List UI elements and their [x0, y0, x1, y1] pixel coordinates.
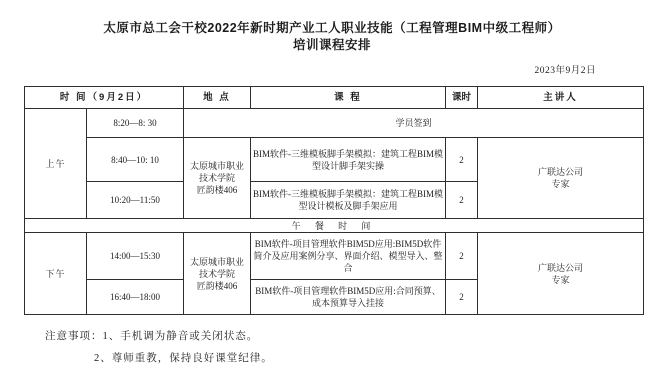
schedule-table: 时 间（9月2日） 地 点 课 程 课时 主讲人 上午 8:20—8: 30 学…: [24, 86, 644, 315]
morning-session-1-row: 8:40—10: 10 太原城市职业 技术学院 匠韵楼406 BIM软件-三维模…: [25, 138, 644, 182]
note-line-2: 2、尊师重教，保持良好课堂纪律。: [94, 348, 273, 370]
afternoon-session-1-row: 下午 14:00—15:30 太原城市职业 技术学院 匠韵楼406 BIM软件-…: [25, 233, 644, 280]
afternoon-session-1-course: BIM软件-项目管理软件BIM5D应用:BIM5D软件简介及应用案例分享、界面介…: [251, 233, 446, 280]
afternoon-session-2-course: BIM软件-项目管理软件BIM5D应用:合同预算、成本预算导入挂接: [251, 280, 446, 315]
morning-location: 太原城市职业 技术学院 匠韵楼406: [184, 138, 251, 219]
lunch-row: 午 餐 时 间: [25, 219, 644, 233]
signin-row: 上午 8:20—8: 30 学员签到: [25, 109, 644, 138]
document-title-line1: 太原市总工会干校2022年新时期产业工人职业技能（工程管理BIM中级工程师）: [0, 20, 664, 37]
note-line-1: 注意事项：1、手机调为静音或关闭状态。: [45, 326, 273, 348]
morning-session-1-hours: 2: [446, 138, 478, 182]
col-header-course: 课 程: [251, 87, 446, 109]
lunch-label: 午 餐 时 间: [25, 219, 644, 233]
morning-speaker: 广联达公司 专家: [478, 138, 644, 219]
morning-session-2-time: 10:20—11:50: [87, 182, 184, 219]
afternoon-session-2-hours: 2: [446, 280, 478, 315]
morning-session-1-time: 8:40—10: 10: [87, 138, 184, 182]
afternoon-session-1-time: 14:00—15:30: [87, 233, 184, 280]
afternoon-session-1-hours: 2: [446, 233, 478, 280]
signin-label: 学员签到: [184, 109, 644, 138]
morning-session-2-hours: 2: [446, 182, 478, 219]
table-header-row: 时 间（9月2日） 地 点 课 程 课时 主讲人: [25, 87, 644, 109]
col-header-speaker: 主讲人: [478, 87, 644, 109]
morning-session-1-course: BIM软件-三维模板脚手架模拟：建筑工程BIM模型设计脚手架实操: [251, 138, 446, 182]
signin-time: 8:20—8: 30: [87, 109, 184, 138]
document-date: 2023年9月2日: [534, 62, 596, 76]
notes: 注意事项：1、手机调为静音或关闭状态。 2、尊师重教，保持良好课堂纪律。: [45, 326, 273, 370]
document-title: 太原市总工会干校2022年新时期产业工人职业技能（工程管理BIM中级工程师） 培…: [0, 20, 664, 54]
col-header-location: 地 点: [184, 87, 251, 109]
afternoon-session-2-time: 16:40—18:00: [87, 280, 184, 315]
afternoon-speaker: 广联达公司 专家: [478, 233, 644, 315]
morning-session-2-course: BIM软件-三维模板脚手架模拟：建筑工程BIM模型设计模板及脚手架应用: [251, 182, 446, 219]
col-header-hours: 课时: [446, 87, 478, 109]
period-afternoon: 下午: [25, 233, 87, 315]
document-title-line2: 培训课程安排: [0, 37, 664, 54]
period-morning: 上午: [25, 109, 87, 219]
afternoon-location: 太原城市职业 技术学院 匠韵楼406: [184, 233, 251, 315]
col-header-time: 时 间（9月2日）: [25, 87, 184, 109]
